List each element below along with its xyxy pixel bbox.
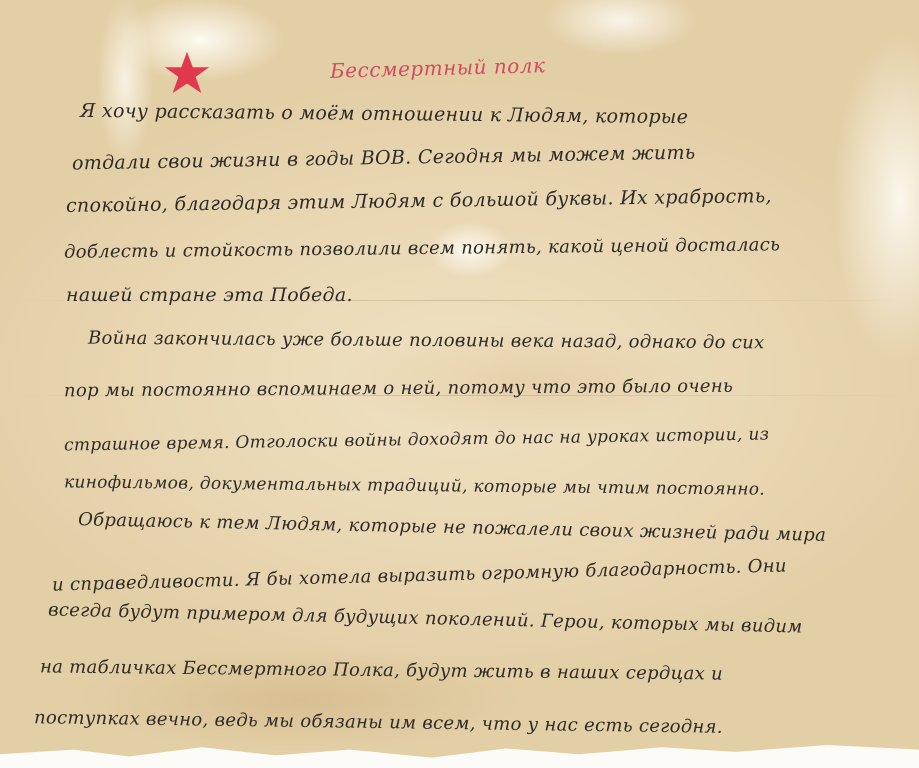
letter-line-5: нашей стране эта Победа.	[66, 284, 353, 306]
red-star-icon	[163, 50, 211, 96]
